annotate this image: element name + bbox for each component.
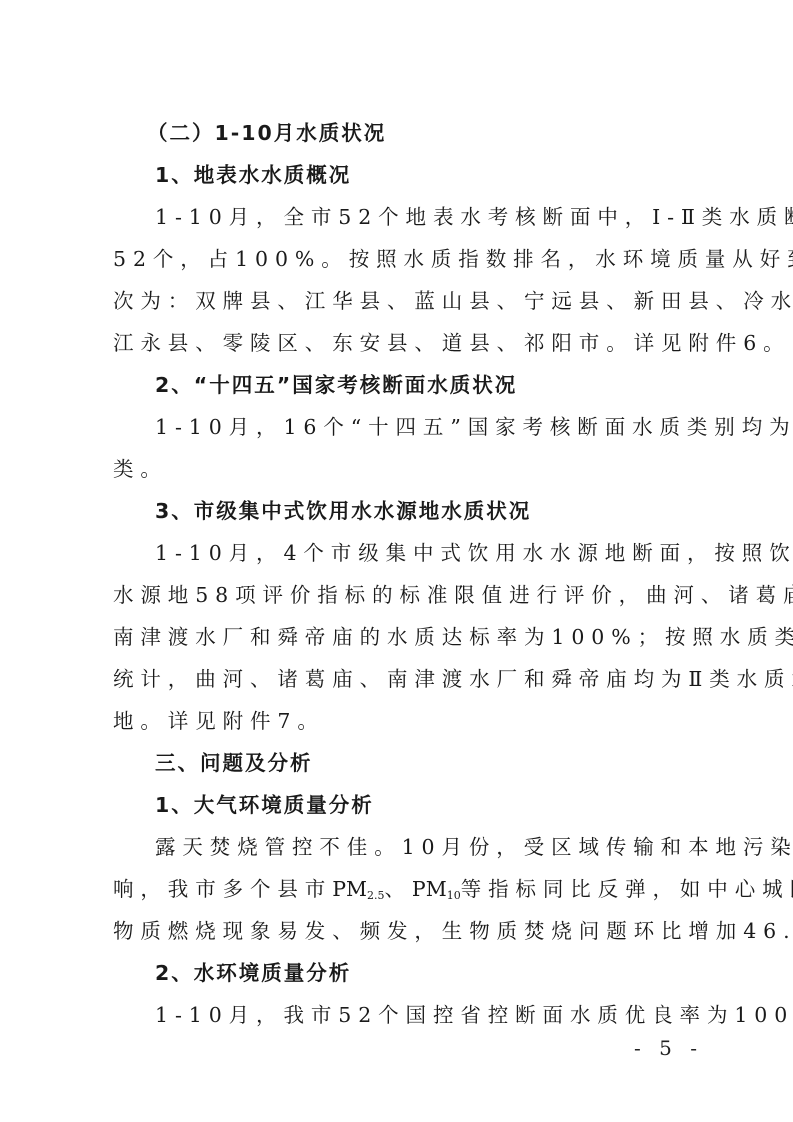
paragraph-line: 1-10月，全市52个地表水考核断面中，Ⅰ-Ⅱ类水质断面 bbox=[113, 196, 679, 238]
subsection-heading-national-sections: 2、“十四五”国家考核断面水质状况 bbox=[113, 364, 679, 406]
analysis-heading-air: 1、大气环境质量分析 bbox=[113, 784, 679, 826]
paragraph-line: 1-10月，4个市级集中式饮用水水源地断面，按照饮用水 bbox=[113, 532, 679, 574]
subscript-10: 10 bbox=[447, 889, 461, 902]
pm10-label: PM10 bbox=[412, 877, 461, 901]
paragraph-line: 南津渡水厂和舜帝庙的水质达标率为100%；按照水质类别进行 bbox=[113, 616, 679, 658]
subscript-2-5: 2.5 bbox=[367, 889, 385, 902]
paragraph-line: 统计，曲河、诸葛庙、南津渡水厂和舜帝庙均为Ⅱ类水质水源 bbox=[113, 658, 679, 700]
paragraph-line: 江永县、零陵区、东安县、道县、祁阳市。详见附件6。 bbox=[113, 322, 679, 364]
subsection-heading-surface-water: 1、地表水水质概况 bbox=[113, 154, 679, 196]
pm-text: PM bbox=[412, 877, 447, 901]
paragraph-line: 物质燃烧现象易发、频发，生物质焚烧问题环比增加46.0%。 bbox=[113, 910, 679, 952]
paragraph-line: 水源地58项评价指标的标准限值进行评价，曲河、诸葛庙、 bbox=[113, 574, 679, 616]
pm25-label: PM2.5 bbox=[332, 877, 384, 901]
paragraph-line: 露天焚烧管控不佳。10月份，受区域传输和本地污染源影 bbox=[113, 826, 679, 868]
separator: 、 bbox=[385, 877, 412, 901]
paragraph-line: 类。 bbox=[113, 448, 679, 490]
paragraph-line: 52个，占100%。按照水质指数排名，水环境质量从好到差依 bbox=[113, 238, 679, 280]
paragraph-line: 1-10月，我市52个国控省控断面水质优良率为100%，全 bbox=[113, 994, 679, 1036]
paragraph-line: 地。详见附件7。 bbox=[113, 700, 679, 742]
text-fragment: 等指标同比反弹，如中心城区生 bbox=[461, 877, 793, 901]
analysis-heading-water: 2、水环境质量分析 bbox=[113, 952, 679, 994]
section-heading: （二）1-10月水质状况 bbox=[113, 112, 679, 154]
paragraph-line-pm: 响，我市多个县市PM2.5、PM10等指标同比反弹，如中心城区生 bbox=[113, 868, 679, 910]
pm-text: PM bbox=[332, 877, 367, 901]
page-number: - 5 - bbox=[634, 1036, 703, 1060]
paragraph-line: 次为：双牌县、江华县、蓝山县、宁远县、新田县、冷水滩区、 bbox=[113, 280, 679, 322]
document-page: （二）1-10月水质状况 1、地表水水质概况 1-10月，全市52个地表水考核断… bbox=[113, 112, 679, 1036]
text-fragment: 响，我市多个县市 bbox=[113, 877, 332, 901]
chapter-heading: 三、问题及分析 bbox=[113, 742, 679, 784]
subsection-heading-drinking-water: 3、市级集中式饮用水水源地水质状况 bbox=[113, 490, 679, 532]
paragraph-line: 1-10月，16个“十四五”国家考核断面水质类别均为Ⅱ bbox=[113, 406, 679, 448]
